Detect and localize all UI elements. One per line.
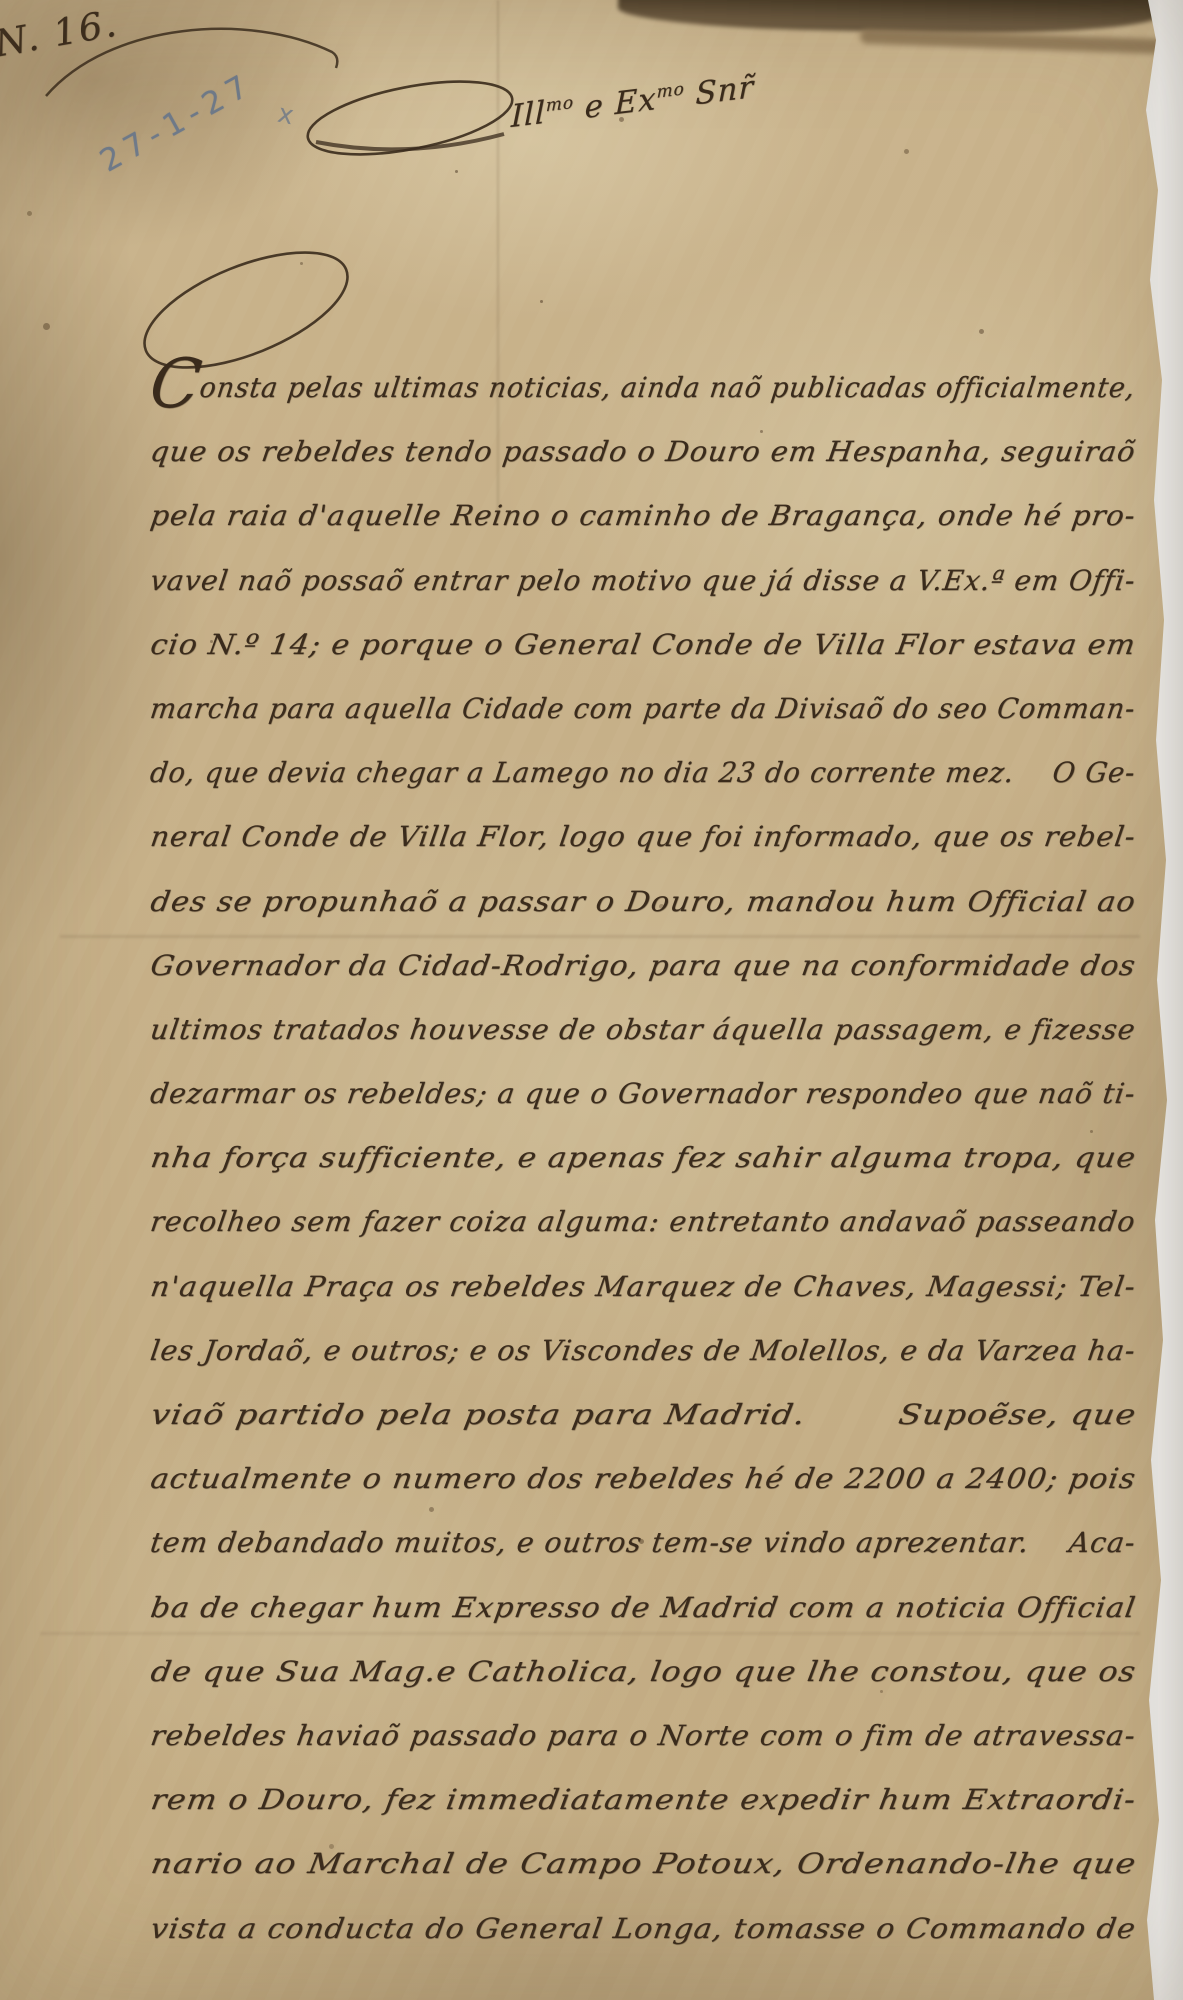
salutation-superscript: mo	[546, 93, 575, 117]
manuscript-line: vista a conducta do General Longa, tomas…	[146, 1897, 1156, 1961]
manuscript-line: rem o Douro, fez immediatamente expedir …	[146, 1768, 1156, 1832]
manuscript-line: dezarmar os rebeldes; a que o Governador…	[146, 1062, 1156, 1126]
manuscript-line: des se propunhaõ a passar o Douro, mando…	[146, 870, 1156, 934]
foxing-specks	[0, 0, 3, 3]
letter-body: Consta pelas ultimas noticias, ainda naõ…	[146, 356, 1156, 1961]
manuscript-line: Governador da Cidad-Rodrigo, para que na…	[146, 934, 1156, 998]
manuscript-line: recolheo sem fazer coiza alguma: entreta…	[146, 1190, 1156, 1254]
manuscript-page: N. 16. 27-1-27 x Illmo e Exmo Snr̃ Const…	[0, 0, 1183, 2000]
salutation: Illmo e Exmo Snr̃	[298, 72, 738, 162]
salutation-part: Ill	[511, 94, 546, 135]
manuscript-line: ultimos tratados houvesse de obstar áque…	[146, 998, 1156, 1062]
manuscript-line: rebeldes haviaõ passado para o Norte com…	[146, 1704, 1156, 1768]
manuscript-line: de que Sua Mag.e Catholica, logo que lhe…	[146, 1640, 1156, 1704]
manuscript-line: Consta pelas ultimas noticias, ainda naõ…	[146, 356, 1156, 420]
salutation-text: Illmo e Exmo Snr̃	[511, 69, 755, 135]
manuscript-line: ba de chegar hum Expresso de Madrid com …	[146, 1576, 1156, 1640]
salutation-part: Snr̃	[684, 69, 754, 114]
manuscript-line: n'aquella Praça os rebeldes Marquez de C…	[146, 1255, 1156, 1319]
manuscript-line: vavel naõ possaõ entrar pelo motivo que …	[146, 549, 1156, 613]
manuscript-line: do, que devia chegar a Lamego no dia 23 …	[146, 741, 1156, 805]
salutation-superscript: mo	[656, 79, 685, 103]
manuscript-line: neral Conde de Villa Flor, logo que foi …	[146, 805, 1156, 869]
manuscript-line: nha força sufficiente, e apenas fez sahi…	[146, 1126, 1156, 1190]
manuscript-line: les Jordaõ, e outros; e os Viscondes de …	[146, 1319, 1156, 1383]
salutation-flourish-icon	[298, 76, 538, 162]
manuscript-line: nario ao Marchal de Campo Potoux, Ordena…	[146, 1832, 1156, 1896]
manuscript-line: que os rebeldes tendo passado o Douro em…	[146, 420, 1156, 484]
salutation-part: e Ex	[574, 81, 657, 127]
manuscript-line: viaõ partido pela posta para Madrid. Sup…	[146, 1383, 1156, 1447]
manuscript-line: cio N.º 14; e porque o General Conde de …	[146, 613, 1156, 677]
manuscript-line: pela raia d'aquelle Reino o caminho de B…	[146, 484, 1156, 548]
manuscript-line: actualmente o numero dos rebeldes hé de …	[146, 1447, 1156, 1511]
manuscript-line: tem debandado muitos, e outros tem-se vi…	[146, 1511, 1156, 1575]
manuscript-line: marcha para aquella Cidade com parte da …	[146, 677, 1156, 741]
decorated-initial: C	[145, 345, 205, 424]
photograph-of-manuscript: N. 16. 27-1-27 x Illmo e Exmo Snr̃ Const…	[0, 0, 1183, 2000]
